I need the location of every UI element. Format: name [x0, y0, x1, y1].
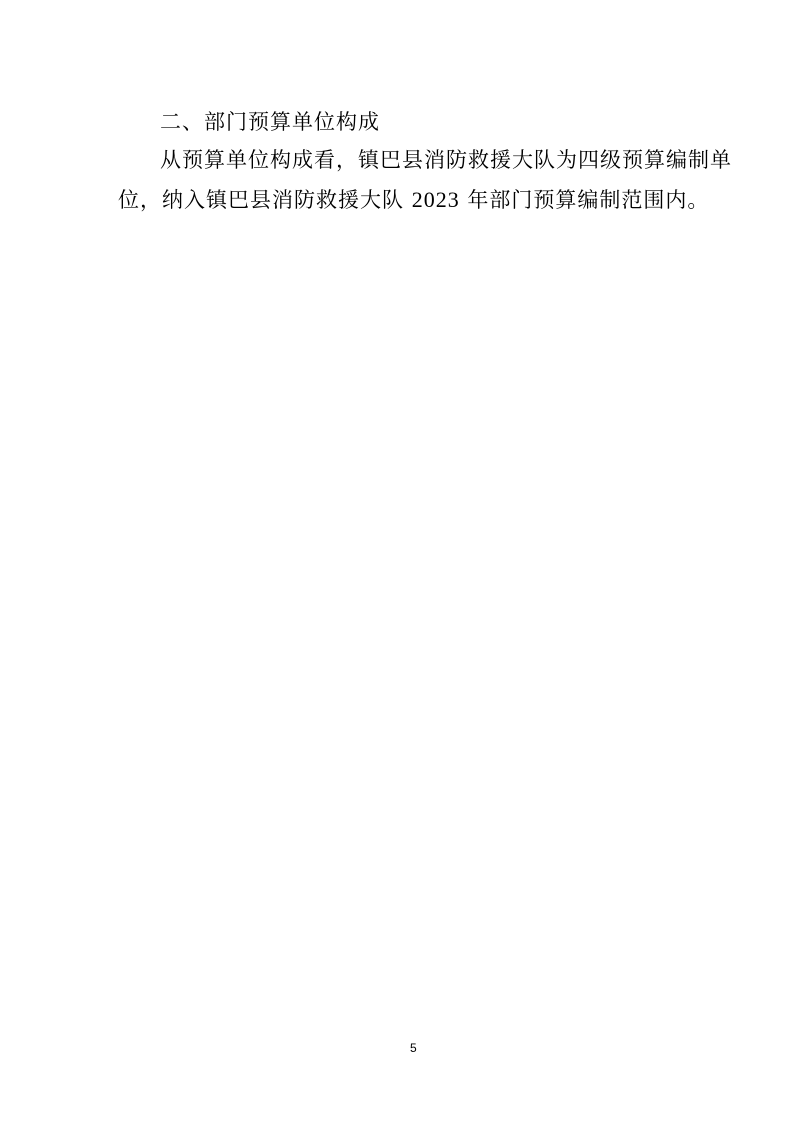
paragraph-text: 年部门预算编制范围内。 [460, 188, 710, 212]
section-heading: 二、部门预算单位构成 [160, 108, 380, 136]
paragraph-text: 位，纳入镇巴县消防救援大队 [118, 188, 412, 212]
page-number: 5 [410, 1041, 417, 1055]
year-text: 2023 [412, 187, 460, 212]
paragraph-line-1: 从预算单位构成看，镇巴县消防救援大队为四级预算编制单 [160, 146, 732, 174]
paragraph-line-2: 位，纳入镇巴县消防救援大队 2023 年部门预算编制范围内。 [118, 186, 709, 214]
